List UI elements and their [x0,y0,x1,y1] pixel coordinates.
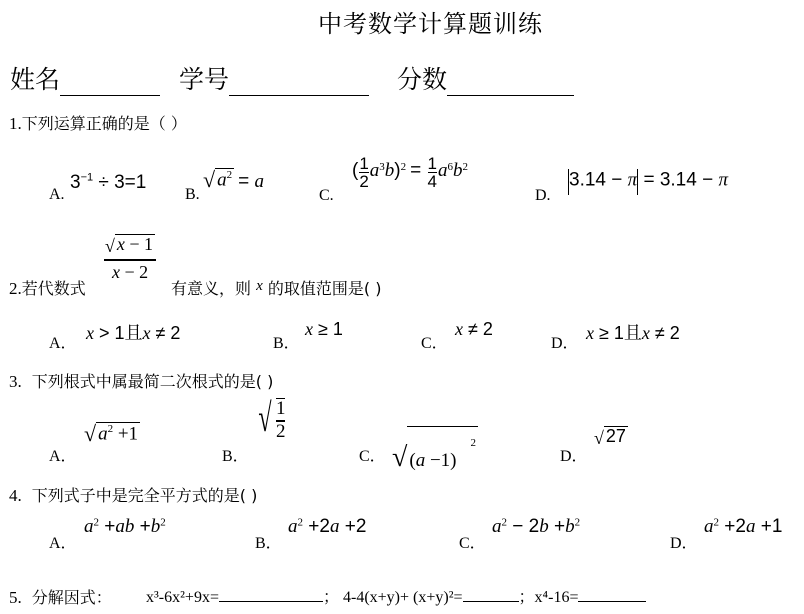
name-label: 姓名 [10,65,60,94]
q1-option-b-label: B. [185,186,200,204]
q4-option-a-label: A． [49,530,77,553]
question-text-before: 若代数式 [22,279,86,298]
q1-option-d-expr: 3.14 − π = 3.14 − π [568,169,728,195]
question-text-after: 的取值范围是( ) [268,279,382,298]
q4-option-b-expr: a2 +2a +2 [288,516,366,538]
q4-option-d-expr: a2 +2a +1 [704,516,782,538]
q2-option-d-expr: x ≥ 1且x ≠ 2 [586,319,680,345]
q5-item-3-blank[interactable] [578,587,646,602]
q3-option-d-label: D． [560,443,588,466]
q4-option-c-label: C． [459,530,486,553]
q3-option-a-expr: √a2 +1 [84,422,140,446]
question-text: 下列根式中属最简二次根式的是( ) [32,372,274,391]
q3-option-a-label: A． [49,443,77,466]
q1-option-d-label: D. [535,187,551,205]
q2-option-a-expr: x > 1且x ≠ 2 [86,319,180,345]
q3-option-c-expr: √(a −1)2 [392,426,478,472]
question-2: 2.若代数式 [9,276,86,299]
q4-option-a-expr: a2 +ab +b2 [84,516,166,538]
q2-option-b-expr: x ≥ 1 [305,319,343,340]
page-title: 中考数学计算题训练 [318,4,543,39]
question-3: 3.下列根式中属最简二次根式的是( ) [9,369,273,392]
question-text: 分解因式： [32,588,112,607]
q4-option-c-expr: a2 − 2b +b2 [492,516,580,538]
q1-option-a-label: A. [49,186,65,204]
question-5: 5.分解因式： [9,585,112,608]
q1-option-c-label: C. [319,187,334,205]
q2-option-d-label: D． [551,330,579,353]
question-1: 1.下列运算正确的是（ ） [9,111,187,134]
separator: ； [519,589,535,606]
question-number: 2. [9,279,22,298]
q5-item-2-expr: 4-4(x+y)+ (x+y)²= [343,589,463,606]
student-id-label: 学号 [179,65,229,94]
q4-option-d-label: D． [670,530,698,553]
q3-option-c-label: C． [359,443,386,466]
q5-items: x³-6x²+9x=； 4-4(x+y)+ (x+y)²=；x⁴-16= [146,584,646,607]
question-number: 1. [9,114,22,133]
question-number: 3. [9,372,22,391]
q3-option-b-label: B． [222,443,249,466]
q5-item-2-blank[interactable] [463,587,519,602]
score-label: 分数 [397,65,447,94]
q5-item-3-expr: x⁴-16= [535,589,579,606]
separator: ； [323,589,339,606]
question-number: 5. [9,588,22,607]
q2-option-c-expr: x ≠ 2 [455,319,493,340]
score-blank[interactable] [447,71,574,96]
q2-option-a-label: A． [49,330,77,353]
question-text: 下列运算正确的是（ ） [22,114,187,133]
question-4: 4.下列式子中是完全平方式的是( ) [9,483,257,506]
q2-fraction: √x − 1 x − 2 [104,234,156,283]
q1-option-c-expr: (12a3b)2 = 14a6b2 [352,155,468,190]
q3-option-d-expr: √27 [594,426,628,449]
q2-option-b-label: B． [273,330,300,353]
score-field: 分数 [397,60,574,96]
q1-option-a-expr: 3−1 ÷ 3=1 [70,172,146,194]
question-text-mid: 有意义，则 [171,279,251,298]
q2-option-c-label: C． [421,330,448,353]
q5-item-1-blank[interactable] [219,587,323,602]
q3-option-b-expr: √12 [254,398,285,443]
q5-item-1-expr: x³-6x²+9x= [146,589,219,606]
student-id-field: 学号 [179,60,369,96]
name-blank[interactable] [60,71,160,96]
question-text: 下列式子中是完全平方式的是( ) [32,486,258,505]
student-id-blank[interactable] [229,71,369,96]
question-number: 4. [9,486,22,505]
q1-option-b-expr: √a2 = a [203,168,264,193]
q4-option-b-label: B． [255,530,282,553]
variable-x: x [256,278,263,294]
name-field: 姓名 [10,60,160,96]
q2-text-after: 有意义，则 x 的取值范围是( ) [171,276,381,299]
